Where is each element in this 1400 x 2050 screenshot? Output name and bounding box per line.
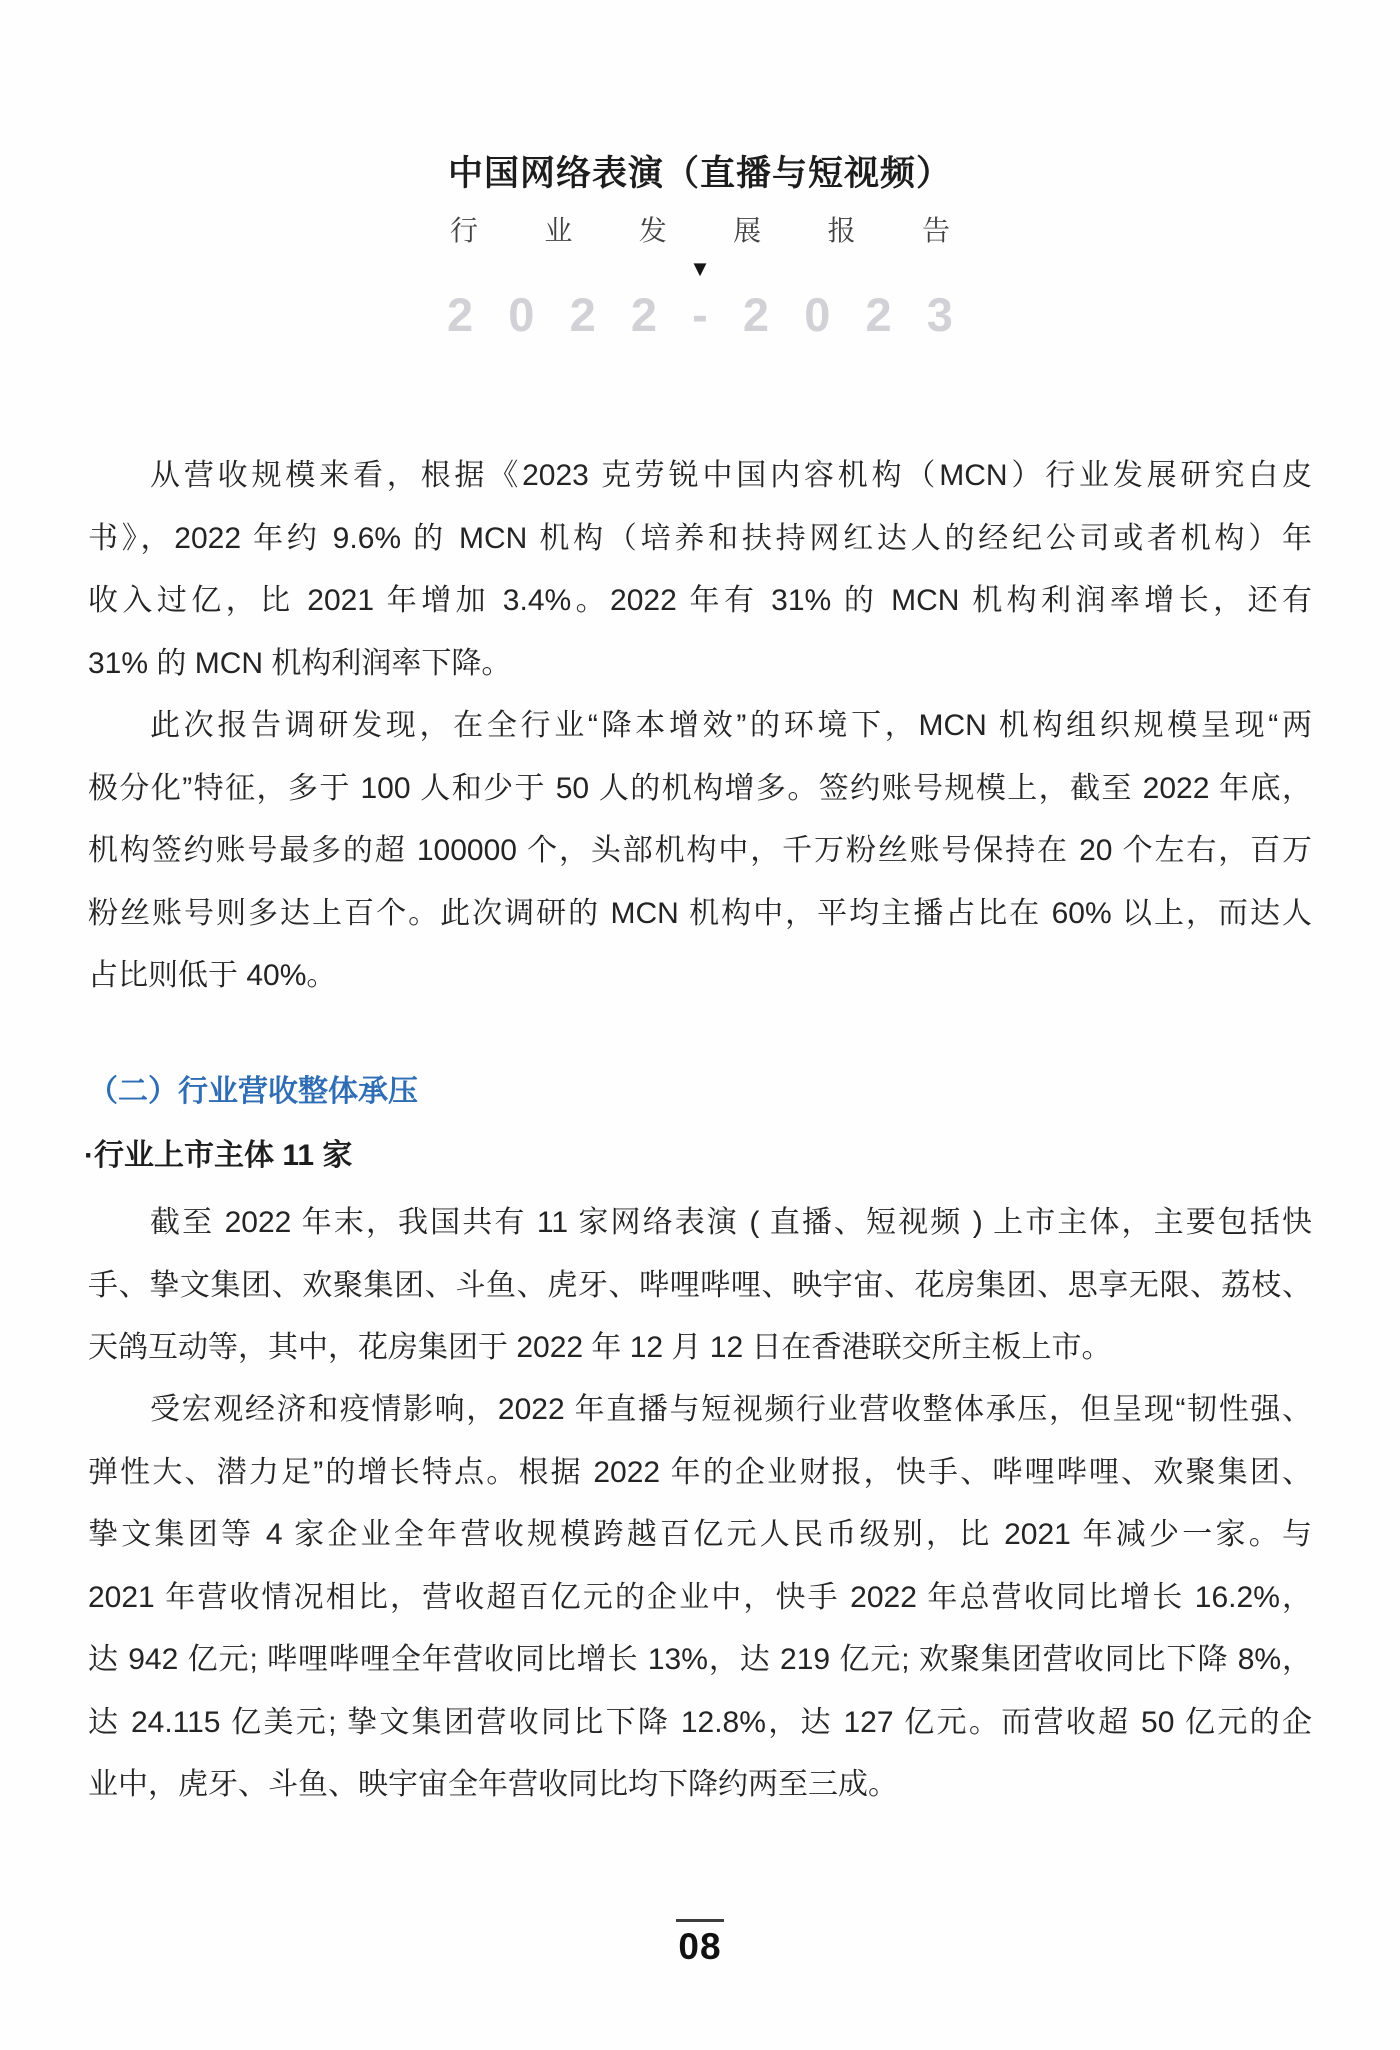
spread-char: 展 — [733, 209, 761, 249]
spread-char: 2 — [570, 287, 596, 342]
spread-char: 报 — [828, 209, 856, 249]
report-page: 中国网络表演（直播与短视频） 行业发展报告 ▼ 2022-2023 从营收规模来… — [0, 0, 1400, 2050]
report-header: 中国网络表演（直播与短视频） 行业发展报告 ▼ 2022-2023 — [447, 146, 953, 342]
text-line: 截至 2022 年末，我国共有 11 家网络表演 ( 直播、短视频 ) 上市主体… — [88, 1192, 1312, 1255]
paragraph-mcn-revenue: 从营收规模来看，根据《2023 克劳锐中国内容机构（MCN）行业发展研究白皮书》… — [88, 445, 1312, 695]
text-line: 天鸽互动等，其中，花房集团于 2022 年 12 月 12 日在香港联交所主板上… — [88, 1317, 1312, 1380]
spread-char: 2 — [631, 287, 657, 342]
section-heading: （二）行业营收整体承压 — [88, 1066, 418, 1110]
text-line: 31% 的 MCN 机构利润率下降。 — [88, 633, 1312, 696]
paragraph-listed-companies: 截至 2022 年末，我国共有 11 家网络表演 ( 直播、短视频 ) 上市主体… — [88, 1192, 1312, 1380]
footer-divider — [676, 1919, 724, 1922]
text-line: 极分化”特征，多于 100 人和少于 50 人的机构增多。签约账号规模上，截至 … — [88, 758, 1312, 821]
text-line: 受宏观经济和疫情影响，2022 年直播与短视频行业营收整体承压，但呈现“韧性强、 — [88, 1379, 1312, 1442]
down-triangle-icon: ▼ — [447, 258, 953, 280]
text-line: 占比则低于 40%。 — [88, 945, 1312, 1008]
text-line: 收入过亿，比 2021 年增加 3.4%。2022 年有 31% 的 MCN 机… — [88, 570, 1312, 633]
section-subheading: ·行业上市主体 11 家 — [84, 1130, 352, 1174]
spread-char: 2 — [743, 287, 769, 342]
report-year-range: 2022-2023 — [447, 287, 953, 342]
spread-char: 3 — [927, 287, 953, 342]
report-title: 中国网络表演（直播与短视频） — [447, 146, 953, 196]
spread-char: - — [692, 287, 708, 342]
text-line: 此次报告调研发现，在全行业“降本增效”的环境下，MCN 机构组织规模呈现“两 — [88, 695, 1312, 758]
spread-char: 发 — [639, 209, 667, 249]
paragraph-mcn-survey: 此次报告调研发现，在全行业“降本增效”的环境下，MCN 机构组织规模呈现“两极分… — [88, 695, 1312, 1008]
text-line: 挚文集团等 4 家企业全年营收规模跨越百亿元人民币级别，比 2021 年减少一家… — [88, 1504, 1312, 1567]
spread-char: 行 — [450, 209, 478, 249]
page-number: 08 — [0, 1926, 1400, 1968]
text-line: 业中，虎牙、斗鱼、映宇宙全年营收同比均下降约两至三成。 — [88, 1754, 1312, 1817]
spread-char: 0 — [508, 287, 534, 342]
text-line: 书》，2022 年约 9.6% 的 MCN 机构（培养和扶持网红达人的经纪公司或… — [88, 508, 1312, 571]
paragraph-revenue-pressure: 受宏观经济和疫情影响，2022 年直播与短视频行业营收整体承压，但呈现“韧性强、… — [88, 1379, 1312, 1817]
spread-char: 2 — [447, 287, 473, 342]
text-line: 手、挚文集团、欢聚集团、斗鱼、虎牙、哔哩哔哩、映宇宙、花房集团、思享无限、荔枝、 — [88, 1255, 1312, 1318]
text-line: 机构签约账号最多的超 100000 个，头部机构中，千万粉丝账号保持在 20 个… — [88, 820, 1312, 883]
spread-char: 0 — [804, 287, 830, 342]
spread-char: 业 — [544, 209, 572, 249]
report-subtitle: 行业发展报告 — [447, 209, 953, 249]
spread-char: 告 — [922, 209, 950, 249]
text-line: 2021 年营收情况相比，营收超百亿元的企业中，快手 2022 年总营收同比增长… — [88, 1567, 1312, 1630]
text-line: 达 942 亿元; 哔哩哔哩全年营收同比增长 13%，达 219 亿元; 欢聚集… — [88, 1629, 1312, 1692]
text-line: 弹性大、潜力足”的增长特点。根据 2022 年的企业财报，快手、哔哩哔哩、欢聚集… — [88, 1442, 1312, 1505]
text-line: 达 24.115 亿美元; 挚文集团营收同比下降 12.8%，达 127 亿元。… — [88, 1692, 1312, 1755]
spread-char: 2 — [865, 287, 891, 342]
text-line: 从营收规模来看，根据《2023 克劳锐中国内容机构（MCN）行业发展研究白皮 — [88, 445, 1312, 508]
text-line: 粉丝账号则多达上百个。此次调研的 MCN 机构中，平均主播占比在 60% 以上，… — [88, 883, 1312, 946]
